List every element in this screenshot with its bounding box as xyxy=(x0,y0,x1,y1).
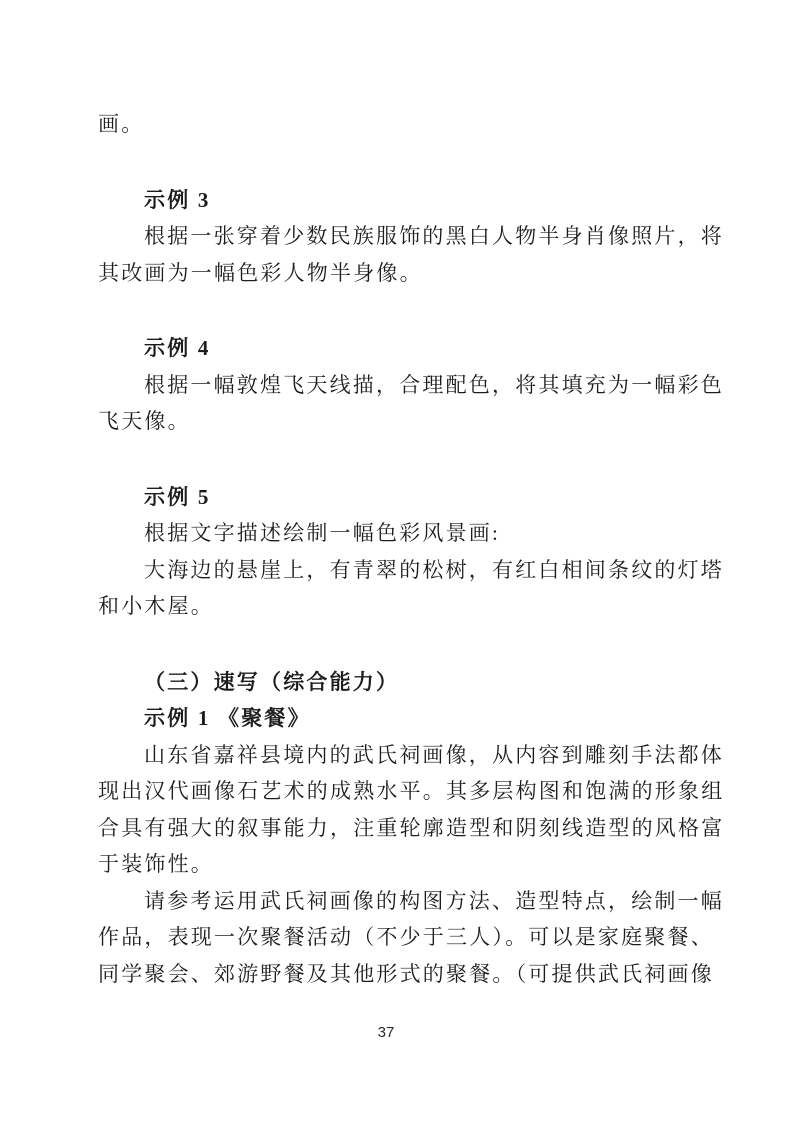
document-body: 画。 示例 3 根据一张穿着少数民族服饰的黑白人物半身肖像照片，将 其改画为一幅… xyxy=(0,0,794,992)
continued-text-line: 画。 xyxy=(98,106,736,143)
text-line: 山东省嘉祥县境内的武氏祠画像，从内容到雕刻手法都体 xyxy=(98,737,736,774)
example-5-heading: 示例 5 xyxy=(98,479,736,516)
text-line: 根据一幅敦煌飞天线描，合理配色，将其填充为一幅彩色 xyxy=(98,367,736,404)
blank-line xyxy=(98,440,736,479)
text-line: 现出汉代画像石艺术的成熟水平。其多层构图和饱满的形象组 xyxy=(98,773,736,810)
text-line: 根据一张穿着少数民族服饰的黑白人物半身肖像照片，将 xyxy=(98,218,736,255)
text-line: 大海边的悬崖上，有青翠的松树，有红白相间条纹的灯塔 xyxy=(98,552,736,589)
section-3-heading: （三）速写（综合能力） xyxy=(98,664,736,701)
example-3-heading: 示例 3 xyxy=(98,182,736,219)
blank-line xyxy=(98,625,736,664)
text-line: 其改画为一幅色彩人物半身像。 xyxy=(98,255,736,292)
blank-line xyxy=(98,291,736,330)
page-number: 37 xyxy=(0,1024,772,1042)
text-line: 和小木屋。 xyxy=(98,588,736,625)
text-line: 作品，表现一次聚餐活动（不少于三人）。可以是家庭聚餐、 xyxy=(98,919,736,956)
text-line: 合具有强大的叙事能力，注重轮廓造型和阴刻线造型的风格富 xyxy=(98,810,736,847)
example-1-heading: 示例 1 《聚餐》 xyxy=(98,700,736,737)
document-page: 画。 示例 3 根据一张穿着少数民族服饰的黑白人物半身肖像照片，将 其改画为一幅… xyxy=(0,0,794,1123)
blank-line xyxy=(98,143,736,182)
text-line: 根据文字描述绘制一幅色彩风景画: xyxy=(98,515,736,552)
text-line: 请参考运用武氏祠画像的构图方法、造型特点，绘制一幅 xyxy=(98,883,736,920)
text-line: 同学聚会、郊游野餐及其他形式的聚餐。（可提供武氏祠画像 xyxy=(98,956,736,993)
text-line: 于装饰性。 xyxy=(98,846,736,883)
text-line: 飞天像。 xyxy=(98,403,736,440)
example-4-heading: 示例 4 xyxy=(98,330,736,367)
